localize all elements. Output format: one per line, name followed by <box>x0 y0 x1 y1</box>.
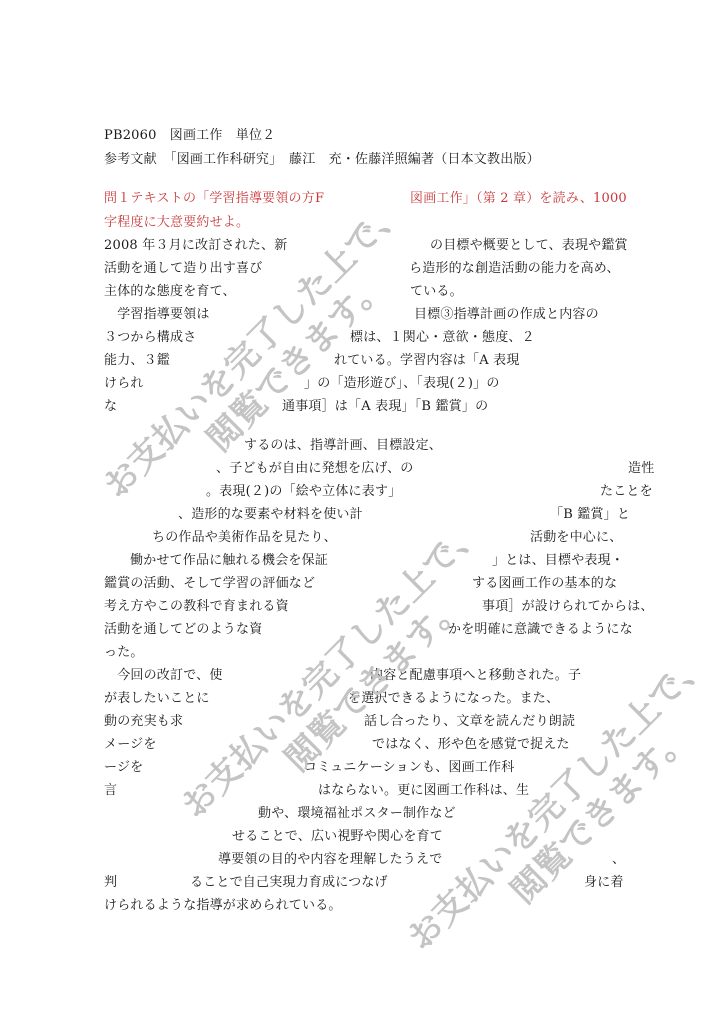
body-line-5-right: 標は、１関心・意欲・態度、２ <box>350 330 535 346</box>
body-line-30: けられるような指導が求められている。 <box>104 898 342 914</box>
question-line-1-left: 問１テキストの「学習指導要領の方F <box>104 191 324 207</box>
question-line-2: 字程度に大意要約せよ。 <box>104 215 249 231</box>
body-line-19: った。 <box>104 645 144 661</box>
body-line-28-left: 導要領の目的や内容を理解したうえで <box>218 852 442 868</box>
body-line-20-left: 今回の改訂で、使 <box>104 668 223 684</box>
body-line-5-left: ３つから構成さ <box>104 330 196 346</box>
body-line-24-left: ージを <box>104 760 143 776</box>
body-line-11-left: 、子どもが自由に発想を広げ、の <box>216 461 413 477</box>
body-line-14-right: 活動を中心に、 <box>530 530 622 546</box>
body-line-29-c: 身に着 <box>584 875 624 891</box>
body-line-4-left: 学習指導要領は <box>104 307 210 323</box>
body-line-6-right: れている。学習内容は「A 表現 <box>334 353 520 369</box>
body-line-20-right: 内容と配慮事項へと移動された。子 <box>370 668 581 684</box>
body-line-26: 動や、環境福祉ポスター制作など <box>258 806 456 822</box>
body-line-2-right: ら造形的な創造活動の能力を高め、 <box>409 261 620 277</box>
body-line-12-right: たことを <box>600 484 653 500</box>
body-line-16-left: 鑑賞の活動、そして学習の評価など <box>104 576 315 592</box>
watermark-line-1: お支払いを完了した上で、 <box>400 642 716 958</box>
body-line-6-left: 能力、３鑑 <box>104 353 170 369</box>
body-line-3-left: 主体的な態度を育て、 <box>104 284 236 300</box>
body-line-2-left: 活動を通して造り出す喜び <box>104 261 262 277</box>
question-line-1-right: 図画工作」（第 2 章）を読み、1000 <box>410 191 627 207</box>
body-line-25-right: はならない。更に図画工作科は、生 <box>318 783 529 799</box>
body-line-25-left: 言 <box>104 783 117 799</box>
body-line-17-left: 考え方やこの教科で育まれる資 <box>104 599 289 615</box>
body-line-3-right: ている。 <box>410 284 463 300</box>
body-line-16-right: する図画工作の基本的な <box>472 576 617 592</box>
body-line-17-right: 事項］が設けられてからは、 <box>482 599 654 615</box>
body-line-22-right: 話し合ったり、文章を読んだり朗読 <box>364 714 575 730</box>
body-line-7-right: 」の「造形遊び」、「表現(２)」の <box>304 376 500 392</box>
body-line-10: するのは、指導計画、目標設定、 <box>244 438 442 454</box>
body-line-22-left: 動の充実も求 <box>104 714 183 730</box>
body-line-29-b: ることで自己実現力育成につなげ <box>190 875 388 891</box>
body-line-4-right: 目標③指導計画の作成と内容の <box>414 307 599 323</box>
body-line-18-left: 活動を通してどのような資 <box>104 622 262 638</box>
body-line-18-right: かを明確に意識できるようにな <box>448 622 633 638</box>
course-line: PB2060 図画工作 単位２ <box>104 128 275 144</box>
body-line-27: せることで、広い視野や関心を育て <box>232 829 443 845</box>
body-line-13-left: 、造形的な要素や材料を使い計 <box>178 507 363 523</box>
body-line-11-right: 造性 <box>628 461 654 477</box>
body-line-8-left: な <box>104 399 117 415</box>
body-line-12-left: 。表現(２)の「絵や立体に表す」 <box>206 484 401 500</box>
body-line-14-left: ちの作品や美術作品を見たり、 <box>152 530 337 546</box>
body-line-29-a: 判 <box>104 875 117 891</box>
body-line-21-left: が表したいことに <box>104 691 210 707</box>
body-line-24-right: コミュニケーションも、図画工作科 <box>304 760 514 776</box>
body-line-23-left: メージを <box>104 737 157 753</box>
body-line-21-right: を選択できるようになった。また、 <box>348 691 559 707</box>
body-line-15-right: 」とは、目標や表現・ <box>492 553 624 569</box>
document-page: PB2060 図画工作 単位２ 参考文献 「図画工作科研究」 藤江 充・佐藤洋照… <box>0 0 724 1024</box>
body-line-28-right: 、 <box>612 852 625 868</box>
body-line-13-right: 「B 鑑賞」と <box>550 507 630 523</box>
body-line-23-right: ではなく、形や色を感覚で捉えた <box>372 737 570 753</box>
body-line-15-left: 働かせて作品に触れる機会を保証 <box>130 553 328 569</box>
body-line-1-left: 2008 年３月に改訂された、新 <box>104 238 287 254</box>
body-line-8-right: 通事項］は「A 表現」「B 鑑賞」の <box>282 399 488 415</box>
body-line-7-left: けられ <box>104 376 144 392</box>
reference-line: 参考文献 「図画工作科研究」 藤江 充・佐藤洋照編著（日本文教出版） <box>104 152 540 168</box>
body-line-1-right: の目標や概要として、表現や鑑賞 <box>430 238 628 254</box>
